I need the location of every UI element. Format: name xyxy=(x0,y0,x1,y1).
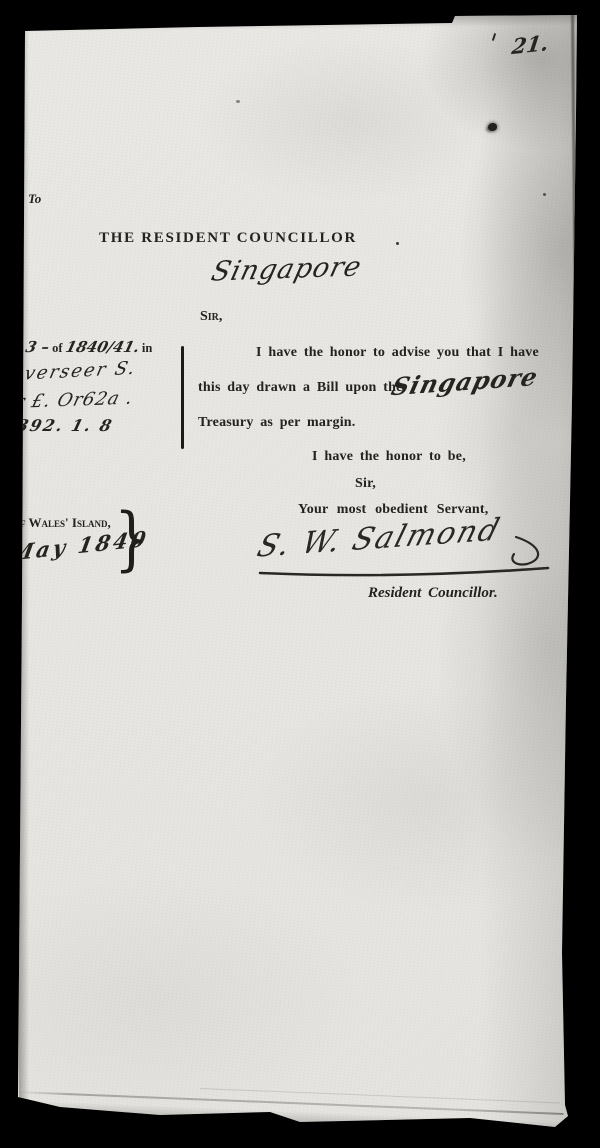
folio-number: 21. xyxy=(510,30,550,59)
signature-title: Resident Councillor. xyxy=(368,585,498,602)
margin-divider-rule xyxy=(181,346,184,449)
margin-note-hand-a: 3 – xyxy=(24,338,52,356)
ink-speck xyxy=(543,193,546,196)
pen-tick-mark xyxy=(492,33,496,41)
ink-blot xyxy=(488,123,497,131)
valediction-line-2: Sir, xyxy=(355,476,376,492)
addressee-place-handwritten: Singapore xyxy=(208,251,365,288)
margin-note-line-3: for £. Or62a . xyxy=(0,388,136,414)
paper-sheet: 21. To THE RESIDENT COUNCILLOR Singapore… xyxy=(0,0,600,1148)
paper-edge-shadow-right xyxy=(571,14,585,1122)
paper-edge-shadow-left xyxy=(19,24,29,1104)
cutoff-day-numeral-stroke xyxy=(14,528,21,548)
to-label: To xyxy=(28,191,41,207)
body-line-3: Treasury as per margin. xyxy=(198,415,355,431)
margin-note-line-1: 3 –of1840/41.in xyxy=(26,338,155,356)
salutation: Sir, xyxy=(200,309,222,325)
valediction-line-1: I have the honor to be, xyxy=(312,449,466,465)
paper-edge-shadow-top xyxy=(20,12,580,33)
ink-speck xyxy=(396,242,399,245)
body-handwritten-singapore: Singapore xyxy=(388,362,541,402)
ink-speck xyxy=(236,100,240,103)
margin-note-line-4: 1392. 1. 8 xyxy=(2,416,116,435)
paper-edge-shadow-bottom xyxy=(20,1100,565,1144)
dateline-brace: } xyxy=(114,504,150,573)
margin-note-print-b: in xyxy=(142,341,152,355)
addressee-title: THE RESIDENT COUNCILLOR xyxy=(99,230,357,247)
body-line-2: this day drawn a Bill upon the xyxy=(198,380,403,396)
signature-underline-flourish xyxy=(248,535,558,581)
dateline-place: f Wales' Island, xyxy=(20,515,111,531)
scanned-letter-page: 21. To THE RESIDENT COUNCILLOR Singapore… xyxy=(0,0,600,1148)
margin-note-hand-b: 1840/41. xyxy=(63,338,141,356)
margin-note-print-a: of xyxy=(52,341,62,355)
body-line-1: I have the honor to advise you that I ha… xyxy=(256,345,539,361)
